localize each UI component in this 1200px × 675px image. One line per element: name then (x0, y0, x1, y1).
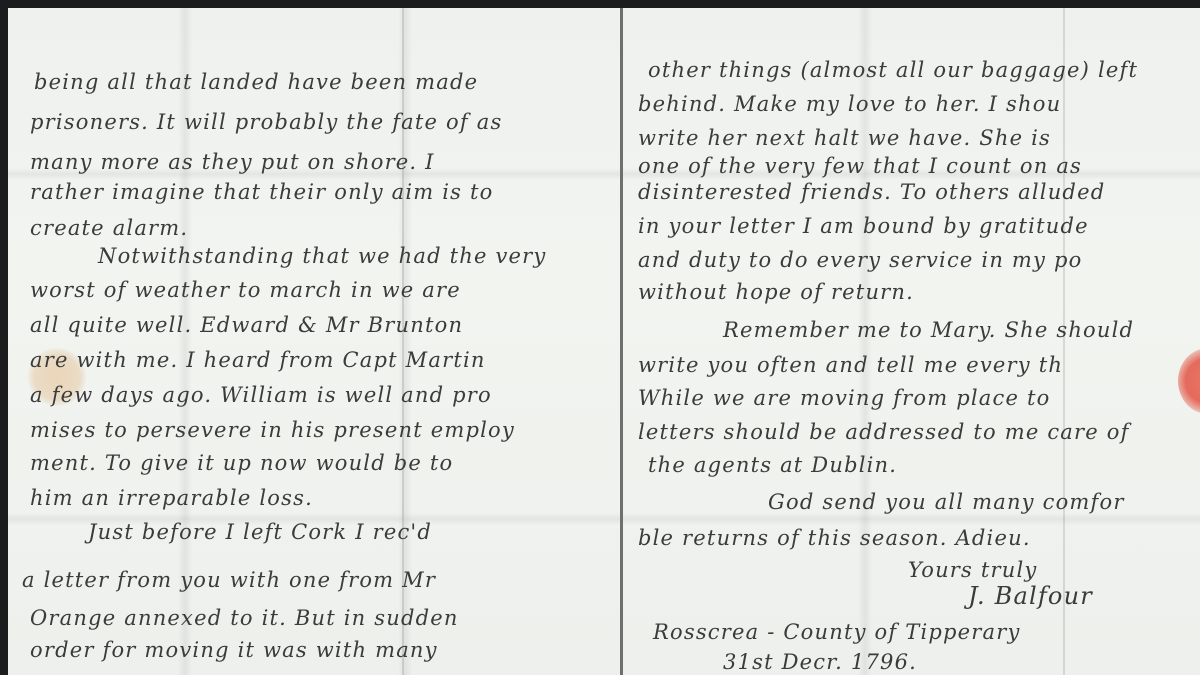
text-line: prisoners. It will probably the fate of … (30, 110, 502, 134)
text-line: Just before I left Cork I rec'd (88, 520, 432, 544)
text-line: a few days ago. William is well and pro (30, 383, 492, 407)
text-line: the agents at Dublin. (648, 453, 897, 477)
text-line: Notwithstanding that we had the very (98, 244, 546, 268)
text-line: being all that landed have been made (34, 70, 478, 94)
text-line: write her next halt we have. She is (638, 126, 1051, 150)
letter-sheet: being all that landed have been made pri… (8, 8, 1200, 675)
text-line: in your letter I am bound by gratitude (638, 214, 1089, 238)
text-line: him an irreparable loss. (30, 486, 313, 510)
text-line: are with me. I heard from Capt Martin (30, 348, 486, 372)
signature: J. Balfour (968, 582, 1093, 610)
closing: Yours truly (908, 558, 1037, 582)
text-line: worst of weather to march in we are (30, 278, 461, 302)
date-line: 31st Decr. 1796. (723, 650, 917, 674)
text-line: disinterested friends. To others alluded (638, 180, 1105, 204)
text-line: mises to persevere in his present employ (30, 418, 515, 442)
text-line: a letter from you with one from Mr (22, 568, 436, 592)
text-line: order for moving it was with many (30, 638, 438, 662)
text-line: Remember me to Mary. She should (723, 318, 1134, 342)
text-line: letters should be addressed to me care o… (638, 420, 1130, 444)
text-line: ble returns of this season. Adieu. (638, 526, 1031, 550)
text-line: create alarm. (30, 216, 188, 240)
text-line: and duty to do every service in my po (638, 248, 1082, 272)
text-line: one of the very few that I count on as (638, 154, 1082, 178)
place-line: Rosscrea - County of Tipperary (653, 620, 1021, 644)
text-line: While we are moving from place to (638, 386, 1050, 410)
text-line: many more as they put on shore. I (30, 150, 435, 174)
text-line: behind. Make my love to her. I shou (638, 92, 1061, 116)
wax-seal-remnant (1178, 348, 1200, 414)
text-line: ment. To give it up now would be to (30, 451, 453, 475)
center-fold (620, 8, 623, 675)
text-line: other things (almost all our baggage) le… (648, 58, 1138, 82)
text-line: all quite well. Edward & Mr Brunton (30, 313, 463, 337)
text-line: without hope of return. (638, 280, 914, 304)
text-line: rather imagine that their only aim is to (30, 180, 494, 204)
text-line: Orange annexed to it. But in sudden (30, 606, 459, 630)
text-line: write you often and tell me every th (638, 353, 1063, 377)
text-line: God send you all many comfor (768, 490, 1125, 514)
